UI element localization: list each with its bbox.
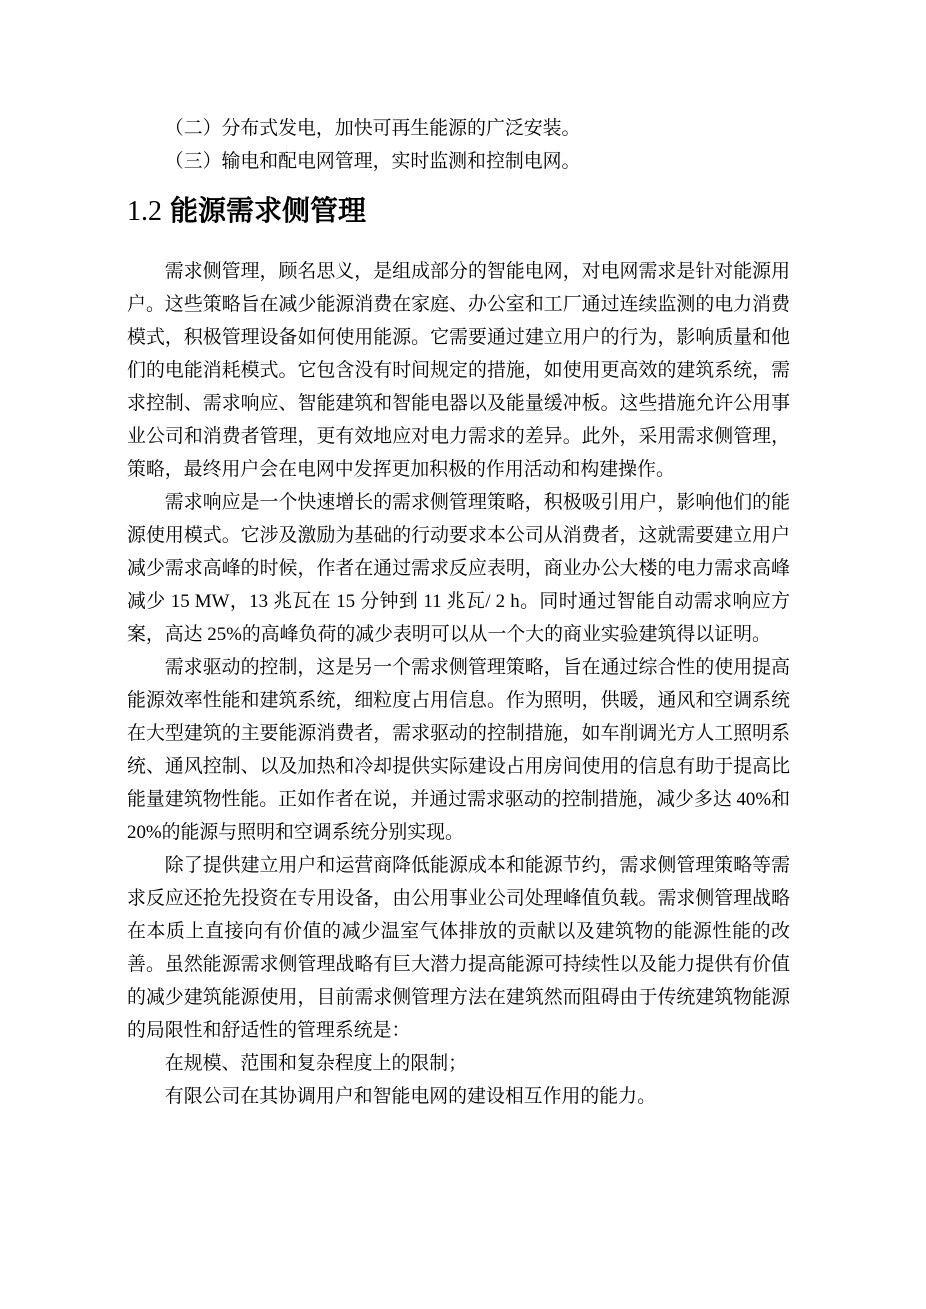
list-item-grid-management: （三）输电和配电网管理，实时监测和控制电网。 [127, 145, 790, 178]
limitation-item-scale: 在规模、范围和复杂程度上的限制； [127, 1047, 790, 1080]
section-heading: 1.2能源需求侧管理 [127, 192, 790, 231]
document-page: （二）分布式发电，加快可再生能源的广泛安装。 （三）输电和配电网管理，实时监测和… [0, 0, 926, 1309]
heading-text: 能源需求侧管理 [170, 195, 366, 226]
paragraph-demand-driven-control: 需求驱动的控制，这是另一个需求侧管理策略，旨在通过综合性的使用提高能源效率性能和… [127, 651, 790, 849]
limitation-item-coordination: 有限公司在其协调用户和智能电网的建设相互作用的能力。 [127, 1080, 790, 1113]
heading-number: 1.2 [127, 196, 162, 227]
paragraph-dsm-overview: 需求侧管理，顾名思义，是组成部分的智能电网，对电网需求是针对能源用户。这些策略旨… [127, 255, 790, 486]
paragraph-dsm-benefits-limitations: 除了提供建立用户和运营商降低能源成本和能源节约，需求侧管理策略等需求反应还抢先投… [127, 849, 790, 1047]
list-item-distributed-generation: （二）分布式发电，加快可再生能源的广泛安装。 [127, 112, 790, 145]
paragraph-demand-response: 需求响应是一个快速增长的需求侧管理策略，积极吸引用户，影响他们的能源使用模式。它… [127, 486, 790, 651]
